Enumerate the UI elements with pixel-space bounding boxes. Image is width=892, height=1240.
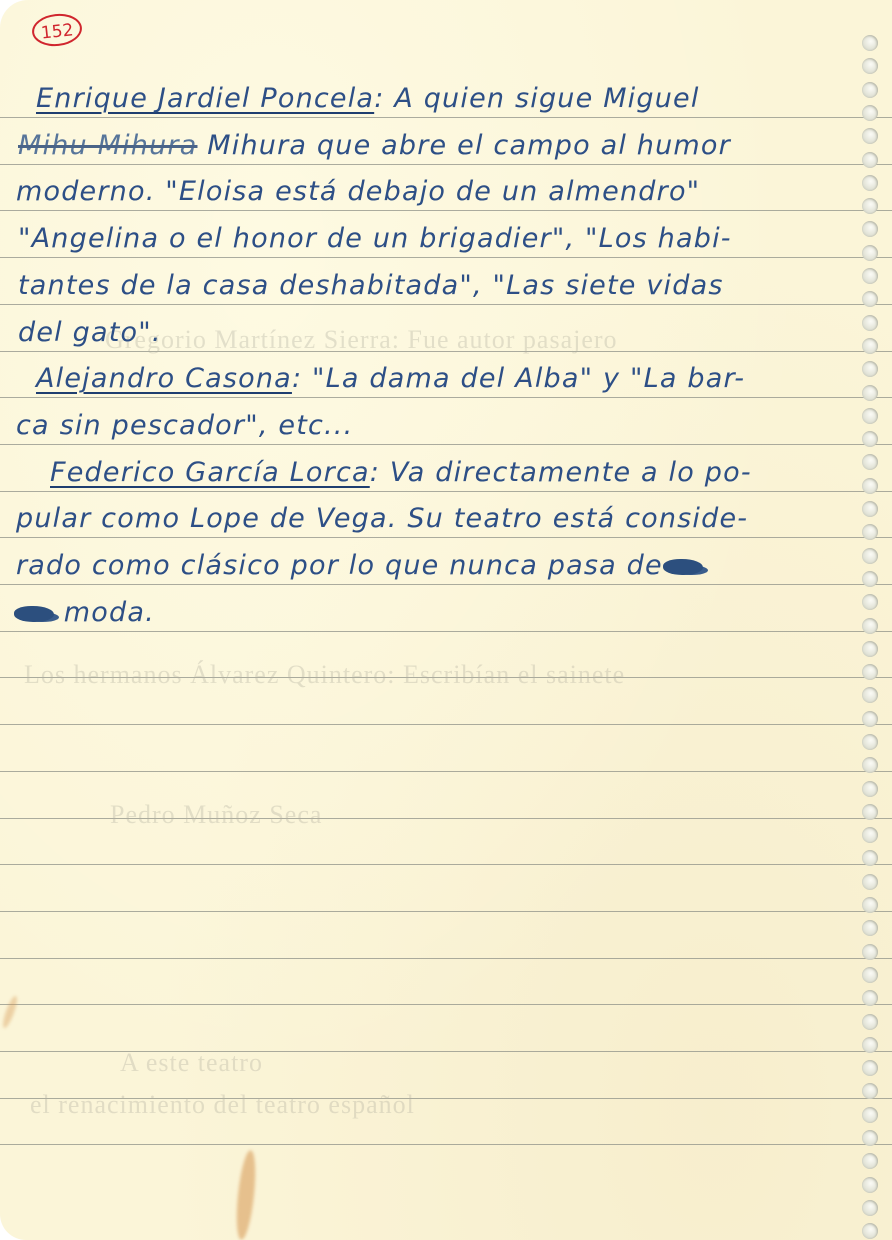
- binding-hole: [862, 664, 878, 680]
- bleed-through-line: Pedro Muñoz Seca: [110, 800, 322, 830]
- binding-hole: [862, 1014, 878, 1030]
- bleed-through-line: el renacimiento del teatro español: [30, 1090, 415, 1120]
- binding-hole: [862, 431, 878, 447]
- binding-hole: [862, 35, 878, 51]
- author-name: Alejandro Casona: [36, 363, 292, 394]
- ruled-line: [0, 771, 892, 772]
- ruled-line: [0, 164, 892, 165]
- binding-hole: [862, 920, 878, 936]
- binding-hole: [862, 501, 878, 517]
- binding-hole: [862, 571, 878, 587]
- binding-hole: [862, 338, 878, 354]
- binding-hole: [862, 944, 878, 960]
- binding-hole: [862, 1223, 878, 1239]
- binding-hole: [862, 454, 878, 470]
- binding-hole: [862, 152, 878, 168]
- binding-hole: [862, 82, 878, 98]
- note-line: "Angelina o el honor de un brigadier", "…: [18, 223, 732, 254]
- binding-hole: [862, 478, 878, 494]
- binding-hole: [862, 757, 878, 773]
- ink-blot: [14, 606, 54, 622]
- binding-hole: [862, 1037, 878, 1053]
- binding-hole: [862, 548, 878, 564]
- ruled-line: [0, 864, 892, 865]
- binding-hole: [862, 1107, 878, 1123]
- binding-hole: [862, 1200, 878, 1216]
- note-text: : A quien sigue Miguel: [374, 83, 699, 114]
- binding-hole: [862, 618, 878, 634]
- binding-hole: [862, 1177, 878, 1193]
- ink-blot: [663, 559, 703, 575]
- note-line: ca sin pescador", etc...: [16, 410, 353, 441]
- note-line: tantes de la casa deshabitada", "Las sie…: [18, 270, 724, 301]
- author-name: Enrique Jardiel Poncela: [36, 83, 374, 114]
- note-text: : "La dama del Alba" y "La bar-: [292, 363, 745, 394]
- ruled-line: [0, 1144, 892, 1145]
- binding-hole: [862, 221, 878, 237]
- note-text: Mihura que abre el campo al humor: [197, 130, 730, 161]
- note-text: ca sin pescador", etc...: [16, 410, 353, 441]
- ruled-line: [0, 491, 892, 492]
- binding-hole: [862, 967, 878, 983]
- binding-hole: [862, 175, 878, 191]
- note-line: pular como Lope de Vega. Su teatro está …: [16, 503, 748, 534]
- binding-hole: [862, 711, 878, 727]
- author-name: Federico García Lorca: [50, 457, 370, 488]
- ruled-line: [0, 911, 892, 912]
- binding-hole: [862, 687, 878, 703]
- stain: [233, 1149, 258, 1240]
- binding-hole: [862, 594, 878, 610]
- ruled-line: [0, 724, 892, 725]
- note-text: moderno. "Eloisa está debajo de un almen…: [16, 176, 700, 207]
- ruled-line: [0, 397, 892, 398]
- note-text: pular como Lope de Vega. Su teatro está …: [16, 503, 748, 534]
- page-number: 152: [30, 11, 83, 48]
- note-text: moda.: [54, 597, 155, 628]
- binding-hole: [862, 198, 878, 214]
- binding-hole: [862, 990, 878, 1006]
- ruled-line: [0, 444, 892, 445]
- ruled-line: [0, 210, 892, 211]
- binding-hole: [862, 385, 878, 401]
- binding-hole: [862, 1083, 878, 1099]
- note-text: : Va directamente a lo po-: [370, 457, 752, 488]
- ruled-line: [0, 304, 892, 305]
- binding-hole: [862, 408, 878, 424]
- binding-hole: [862, 315, 878, 331]
- note-line: Mihu Mihura Mihura que abre el campo al …: [18, 130, 731, 161]
- binding-hole: [862, 291, 878, 307]
- binding-hole: [862, 734, 878, 750]
- bleed-through-line: Gregorio Martínez Sierra: Fue autor pasa…: [105, 325, 618, 355]
- ruled-line: [0, 1004, 892, 1005]
- binding-hole: [862, 1130, 878, 1146]
- note-text: "Angelina o el honor de un brigadier", "…: [18, 223, 732, 254]
- note-line: del gato".: [18, 317, 162, 348]
- binding-hole: [862, 128, 878, 144]
- note-line: Federico García Lorca: Va directamente a…: [50, 457, 752, 488]
- note-line: moda.: [14, 597, 155, 628]
- ruled-line: [0, 631, 892, 632]
- binding-hole: [862, 874, 878, 890]
- ruled-line: [0, 958, 892, 959]
- ruled-line: [0, 584, 892, 585]
- notebook-page: Gregorio Martínez Sierra: Fue autor pasa…: [0, 0, 892, 1240]
- note-line: moderno. "Eloisa está debajo de un almen…: [16, 176, 700, 207]
- binding-hole: [862, 850, 878, 866]
- binding-hole: [862, 105, 878, 121]
- note-line: Alejandro Casona: "La dama del Alba" y "…: [36, 363, 745, 394]
- binding-hole: [862, 245, 878, 261]
- bleed-through-line: A este teatro: [120, 1048, 263, 1078]
- binding-hole: [862, 804, 878, 820]
- note-line: rado como clásico por lo que nunca pasa …: [16, 550, 703, 581]
- stain: [0, 995, 19, 1030]
- binding-hole: [862, 58, 878, 74]
- ruled-line: [0, 537, 892, 538]
- ruled-line: [0, 117, 892, 118]
- binding-hole: [862, 524, 878, 540]
- note-text: tantes de la casa deshabitada", "Las sie…: [18, 270, 724, 301]
- binding-hole: [862, 1060, 878, 1076]
- binding-hole: [862, 361, 878, 377]
- note-line: Enrique Jardiel Poncela: A quien sigue M…: [36, 83, 700, 114]
- note-text: rado como clásico por lo que nunca pasa …: [16, 550, 663, 581]
- bleed-through-line: Los hermanos Álvarez Quintero: Escribían…: [24, 660, 625, 690]
- struck-text: Mihu Mihura: [18, 130, 197, 161]
- binding-hole: [862, 641, 878, 657]
- note-text: del gato".: [18, 317, 162, 348]
- binding-hole: [862, 781, 878, 797]
- binding-hole: [862, 897, 878, 913]
- binding-hole: [862, 268, 878, 284]
- binding-hole: [862, 1153, 878, 1169]
- binding-hole: [862, 827, 878, 843]
- ruled-line: [0, 257, 892, 258]
